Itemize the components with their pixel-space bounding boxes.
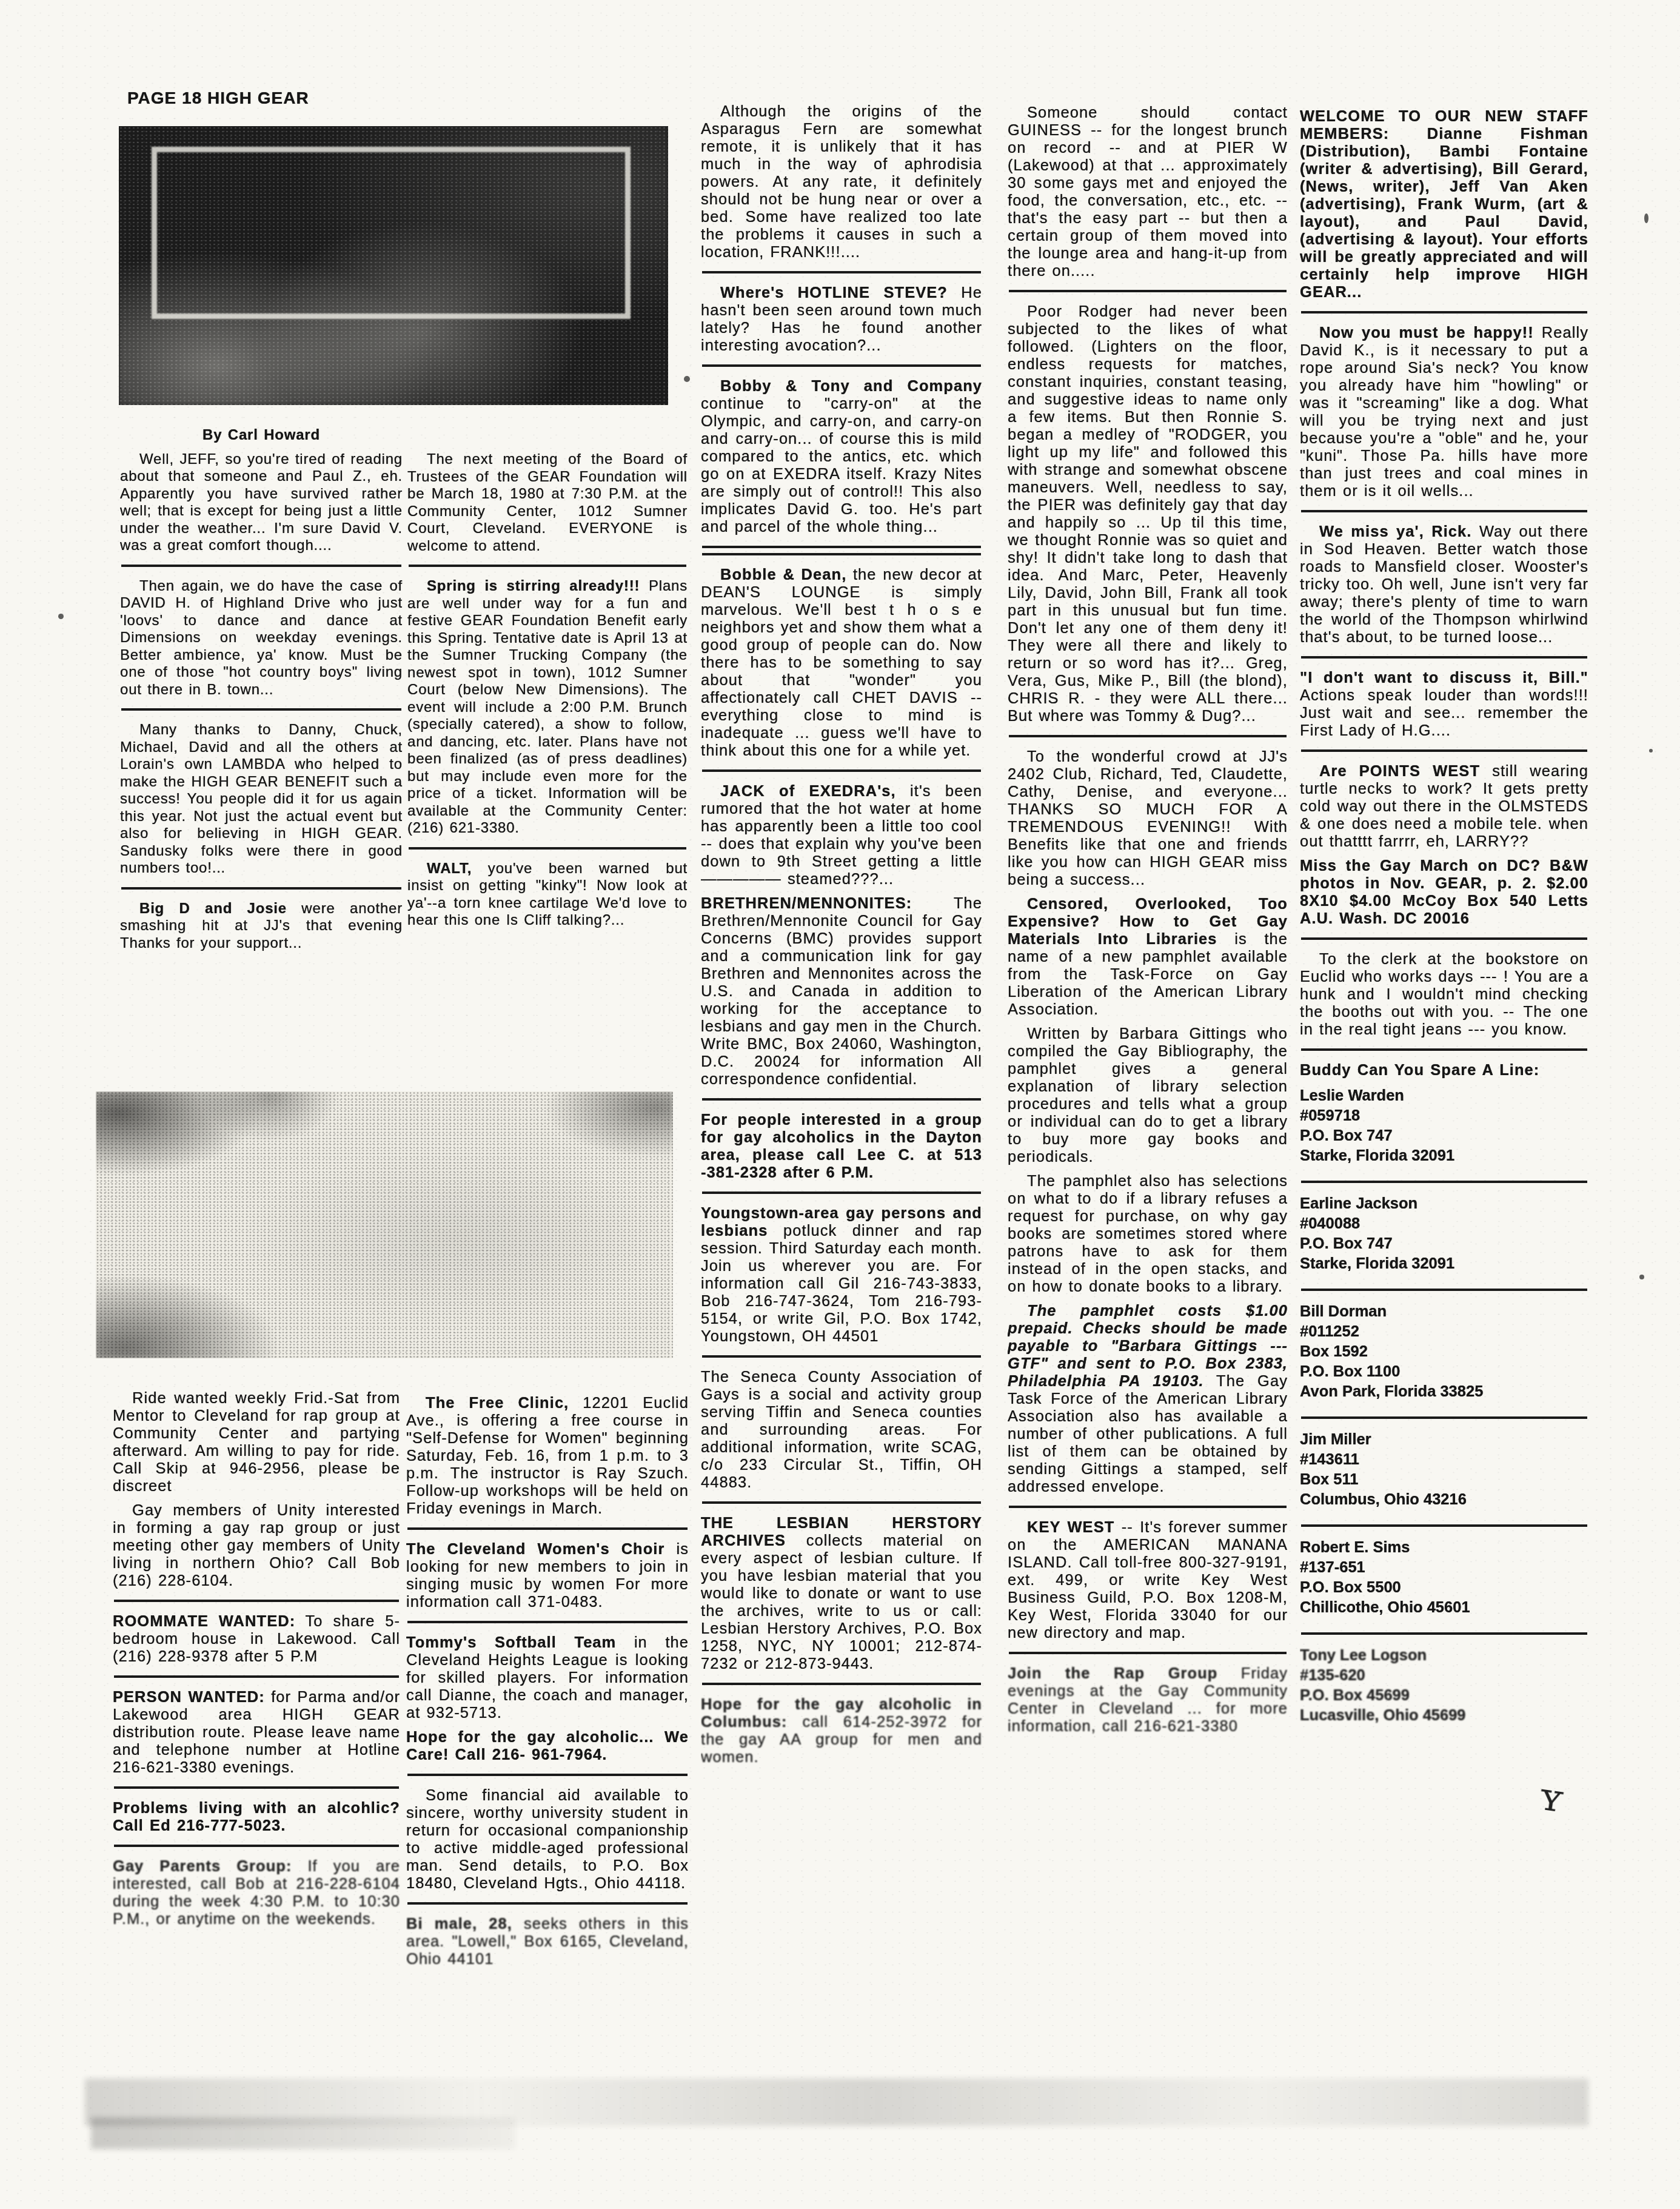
address-line: Bill Dorman [1300,1302,1588,1322]
divider-rule [1301,1181,1587,1183]
paragraph-lead: JACK of EXEDRA's, [720,783,896,800]
divider-rule [1301,937,1587,940]
address-block: Leslie Warden#059718P.O. Box 747Starke, … [1300,1086,1588,1166]
article-paragraph: The pamphlet also has selections on what… [1008,1173,1288,1296]
article-paragraph: Someone should contact GUINESS -- for th… [1008,104,1288,280]
column-3: Although the origins of the Asparagus Fe… [701,103,982,2177]
article-paragraph: Now you must be happy!! Really David K.,… [1300,324,1588,500]
article-paragraph: Written by Barbara Gittings who compiled… [1008,1025,1288,1166]
address-line: P.O. Box 1100 [1300,1362,1588,1382]
address-line: Box 1592 [1300,1342,1588,1362]
divider-rule [1301,1416,1587,1419]
ink-speck [1639,1275,1644,1279]
address-line: Tony Lee Logson [1300,1646,1588,1666]
paragraph-lead: Gay Parents Group: [113,1858,292,1875]
article-paragraph: Gay Parents Group: If you are interested… [113,1858,400,1928]
article-paragraph: Youngstown-area gay persons and lesbians… [701,1205,982,1346]
paragraph-lead: Spring is stirring already!!! [427,578,640,594]
divider-rule [702,1098,981,1101]
article-paragraph: Tommy's Softball Team in the Cleveland H… [406,1634,689,1722]
paragraph-lead: Censored, Overlooked, Too Expensive? How… [1008,896,1288,948]
address-line: P.O. Box 5500 [1300,1578,1588,1598]
divider-rule [409,565,686,567]
article-paragraph: BRETHREN/MENNONITES: The Brethren/Mennon… [701,895,982,1088]
divider-rule [1301,1048,1587,1051]
address-line: #040088 [1300,1214,1588,1234]
article-paragraph: Where's HOTLINE STEVE? He hasn't been se… [701,284,982,355]
address-line: Box 511 [1300,1470,1588,1490]
divider-rule [702,1683,981,1685]
halftone-photo-top [119,126,668,405]
address-line: Earline Jackson [1300,1194,1588,1214]
paragraph-lead: Bobby & Tony and Company [720,378,982,395]
address-line: Starke, Florida 32091 [1300,1254,1588,1274]
column-2-lower: The Free Clinic, 12201 Euclid Ave., is o… [406,1395,689,2153]
article-paragraph: Some financial aid available to sincere,… [406,1787,689,1892]
address-line: P.O. Box 747 [1300,1234,1588,1254]
column-4: Someone should contact GUINESS -- for th… [1008,104,1288,2166]
article-paragraph: Buddy Can You Spare A Line: [1300,1062,1588,1079]
divider-rule [702,1192,981,1194]
divider-rule [407,1621,688,1623]
ink-speck [684,376,690,382]
divider-rule [702,1501,981,1504]
paragraph-lead: We miss ya', Rick. [1319,523,1471,540]
newspaper-page: PAGE 18 HIGH GEAR By Carl HowardWell, JE… [0,0,1680,2209]
divider-rule [702,546,981,555]
article-paragraph: The Cleveland Women's Choir is looking f… [406,1541,689,1611]
article-paragraph: Spring is stirring already!!! Plans are … [407,578,688,837]
column-5: WELCOME TO OUR NEW STAFF MEMBERS: Dianne… [1300,108,1588,2188]
article-paragraph: Bi male, 28, seeks others in this area. … [406,1916,689,1968]
article-paragraph: The Seneca County Association of Gays is… [701,1369,982,1492]
article-paragraph: Many thanks to Danny, Chuck, Michael, Da… [120,722,403,877]
article-paragraph: Big D and Josie were another smashing hi… [120,900,403,953]
address-line: #011252 [1300,1322,1588,1342]
article-paragraph: KEY WEST -- It's forever summer on the A… [1008,1519,1288,1642]
address-line: Lucasville, Ohio 45699 [1300,1706,1588,1726]
paragraph-lead: The Cleveland Women's Choir [406,1541,664,1558]
ink-speck [1649,749,1653,753]
paragraph-lead: "I don't want to discuss it, Bill." [1300,669,1588,686]
divider-rule [1301,1289,1587,1291]
article-paragraph: Miss the Gay March on DC? B&W photos in … [1300,857,1588,928]
divider-rule [121,887,401,890]
divider-rule [121,708,401,711]
paragraph-lead: Tommy's Softball Team [406,1634,616,1651]
article-paragraph: Join the Rap Group Friday evenings at th… [1008,1665,1288,1735]
article-paragraph: Hope for the gay alcoholic in Columbus: … [701,1696,982,1766]
divider-rule [1301,749,1587,752]
paragraph-lead: WALT, [427,860,472,877]
paragraph-lead: Join the Rap Group [1008,1665,1217,1682]
address-line: #143611 [1300,1450,1588,1470]
address-line: Avon Park, Florida 33825 [1300,1382,1588,1402]
article-paragraph: Bobble & Dean, the new decor at DEAN'S L… [701,566,982,760]
paragraph-lead: ROOMMATE WANTED: [113,1613,295,1630]
address-line: #137-651 [1300,1558,1588,1578]
divider-rule [1301,311,1587,313]
article-paragraph: For people interested in a group for gay… [701,1111,982,1182]
paragraph-lead: KEY WEST [1027,1519,1114,1536]
divider-rule [1301,656,1587,659]
article-paragraph: Are POINTS WEST still wearing turtle nec… [1300,763,1588,851]
article-paragraph: Well, JEFF, so you're tired of reading a… [120,451,403,555]
divider-rule [1009,290,1287,292]
paragraph-lead: The pamphlet costs $1.00 prepaid. Checks… [1008,1302,1288,1390]
address-block: Tony Lee Logson#135-620P.O. Box 45699Luc… [1300,1646,1588,1726]
address-block: Bill Dorman#011252Box 1592P.O. Box 1100A… [1300,1302,1588,1402]
halftone-photo-middle [96,1091,673,1358]
address-block: Jim Miller#143611Box 511Columbus, Ohio 4… [1300,1430,1588,1510]
address-line: P.O. Box 45699 [1300,1686,1588,1706]
ink-speck [58,614,64,619]
article-paragraph: We miss ya', Rick. Way out there in Sod … [1300,523,1588,646]
article-paragraph: The Free Clinic, 12201 Euclid Ave., is o… [406,1395,689,1518]
address-line: #135-620 [1300,1666,1588,1686]
article-paragraph: Censored, Overlooked, Too Expensive? How… [1008,896,1288,1019]
paragraph-lead: THE LESBIAN HERSTORY ARCHIVES [701,1515,982,1549]
divider-rule [409,847,686,850]
address-line: Columbus, Ohio 43216 [1300,1490,1588,1510]
article-paragraph: Problems living with an alcohlic? Call E… [113,1800,400,1835]
paragraph-lead: Youngstown-area gay persons and lesbians [701,1205,982,1239]
divider-rule [702,364,981,367]
divider-rule [121,565,401,567]
article-paragraph: Bobby & Tony and Company continue to "ca… [701,378,982,536]
address-line: Chillicothe, Ohio 45601 [1300,1598,1588,1618]
address-line: P.O. Box 747 [1300,1126,1588,1146]
article-paragraph: PERSON WANTED: for Parma and/or Lakewood… [113,1689,400,1777]
article-paragraph: To the wonderful crowd at JJ's 2402 Club… [1008,748,1288,889]
photo-inner-frame [152,147,631,319]
page-header: PAGE 18 HIGH GEAR [127,89,309,108]
article-paragraph: To the clerk at the bookstore on Euclid … [1300,951,1588,1039]
address-line: Robert E. Sims [1300,1538,1588,1558]
paragraph-lead: Where's HOTLINE STEVE? [720,284,948,301]
byline: By Carl Howard [120,427,403,444]
divider-rule [1301,1632,1587,1635]
address-line: Starke, Florida 32091 [1300,1146,1588,1166]
divider-rule [407,1902,688,1905]
article-paragraph: The next meeting of the Board of Trustee… [407,451,688,555]
divider-rule [1009,1652,1287,1654]
divider-rule [702,769,981,772]
divider-rule [407,1774,688,1776]
article-paragraph: JACK of EXEDRA's, it's been rumored that… [701,783,982,888]
address-block: Earline Jackson#040088P.O. Box 747Starke… [1300,1194,1588,1274]
article-paragraph: "I don't want to discuss it, Bill." Acti… [1300,669,1588,740]
paragraph-lead: Hope for the gay alcoholic in Columbus: [701,1696,982,1731]
divider-rule [702,1355,981,1358]
article-paragraph: Gay members of Unity interested in formi… [113,1502,400,1590]
divider-rule [1009,735,1287,737]
paragraph-lead: The Free Clinic, [426,1395,569,1412]
paragraph-lead: BRETHREN/MENNONITES: [701,895,912,912]
column-1-lower: Ride wanted weekly Frid.-Sat from Mentor… [113,1390,400,2154]
article-paragraph: WELCOME TO OUR NEW STAFF MEMBERS: Dianne… [1300,108,1588,301]
divider-rule [114,1786,399,1789]
address-block: Robert E. Sims#137-651P.O. Box 5500Chill… [1300,1538,1588,1618]
ink-speck [1644,213,1648,223]
divider-rule [1009,1506,1287,1508]
paragraph-lead: Are POINTS WEST [1319,763,1480,780]
divider-rule [702,271,981,273]
address-line: #059718 [1300,1106,1588,1126]
divider-rule [1301,510,1587,512]
article-paragraph: ROOMMATE WANTED: To share 5-bedroom hous… [113,1613,400,1666]
divider-rule [1301,1524,1587,1527]
address-line: Leslie Warden [1300,1086,1588,1106]
divider-rule [114,1600,399,1602]
column-1-upper: By Carl HowardWell, JEFF, so you're tire… [120,427,403,1082]
paragraph-lead: PERSON WANTED: [113,1689,265,1706]
paragraph-lead: Bobble & Dean, [720,566,846,583]
divider-rule [407,1527,688,1530]
divider-rule [114,1845,399,1847]
divider-rule [114,1675,399,1678]
article-paragraph: WALT, you've been warned but insist on g… [407,860,688,930]
article-paragraph: The pamphlet costs $1.00 prepaid. Checks… [1008,1302,1288,1496]
article-paragraph: Hope for the gay alcoholic... We Care! C… [406,1729,689,1764]
article-paragraph: THE LESBIAN HERSTORY ARCHIVES collects m… [701,1515,982,1673]
article-paragraph: Poor Rodger had never been subjected to … [1008,303,1288,725]
article-paragraph: Then again, we do have the case of DAVID… [120,578,403,699]
paragraph-lead: Now you must be happy!! [1319,324,1534,341]
article-paragraph: Ride wanted weekly Frid.-Sat from Mentor… [113,1390,400,1495]
paragraph-lead: Big D and Josie [139,900,287,917]
address-line: Jim Miller [1300,1430,1588,1450]
article-paragraph: Although the origins of the Asparagus Fe… [701,103,982,261]
paragraph-lead: Bi male, 28, [406,1916,512,1932]
column-2-upper: The next meeting of the Board of Trustee… [407,451,688,1085]
